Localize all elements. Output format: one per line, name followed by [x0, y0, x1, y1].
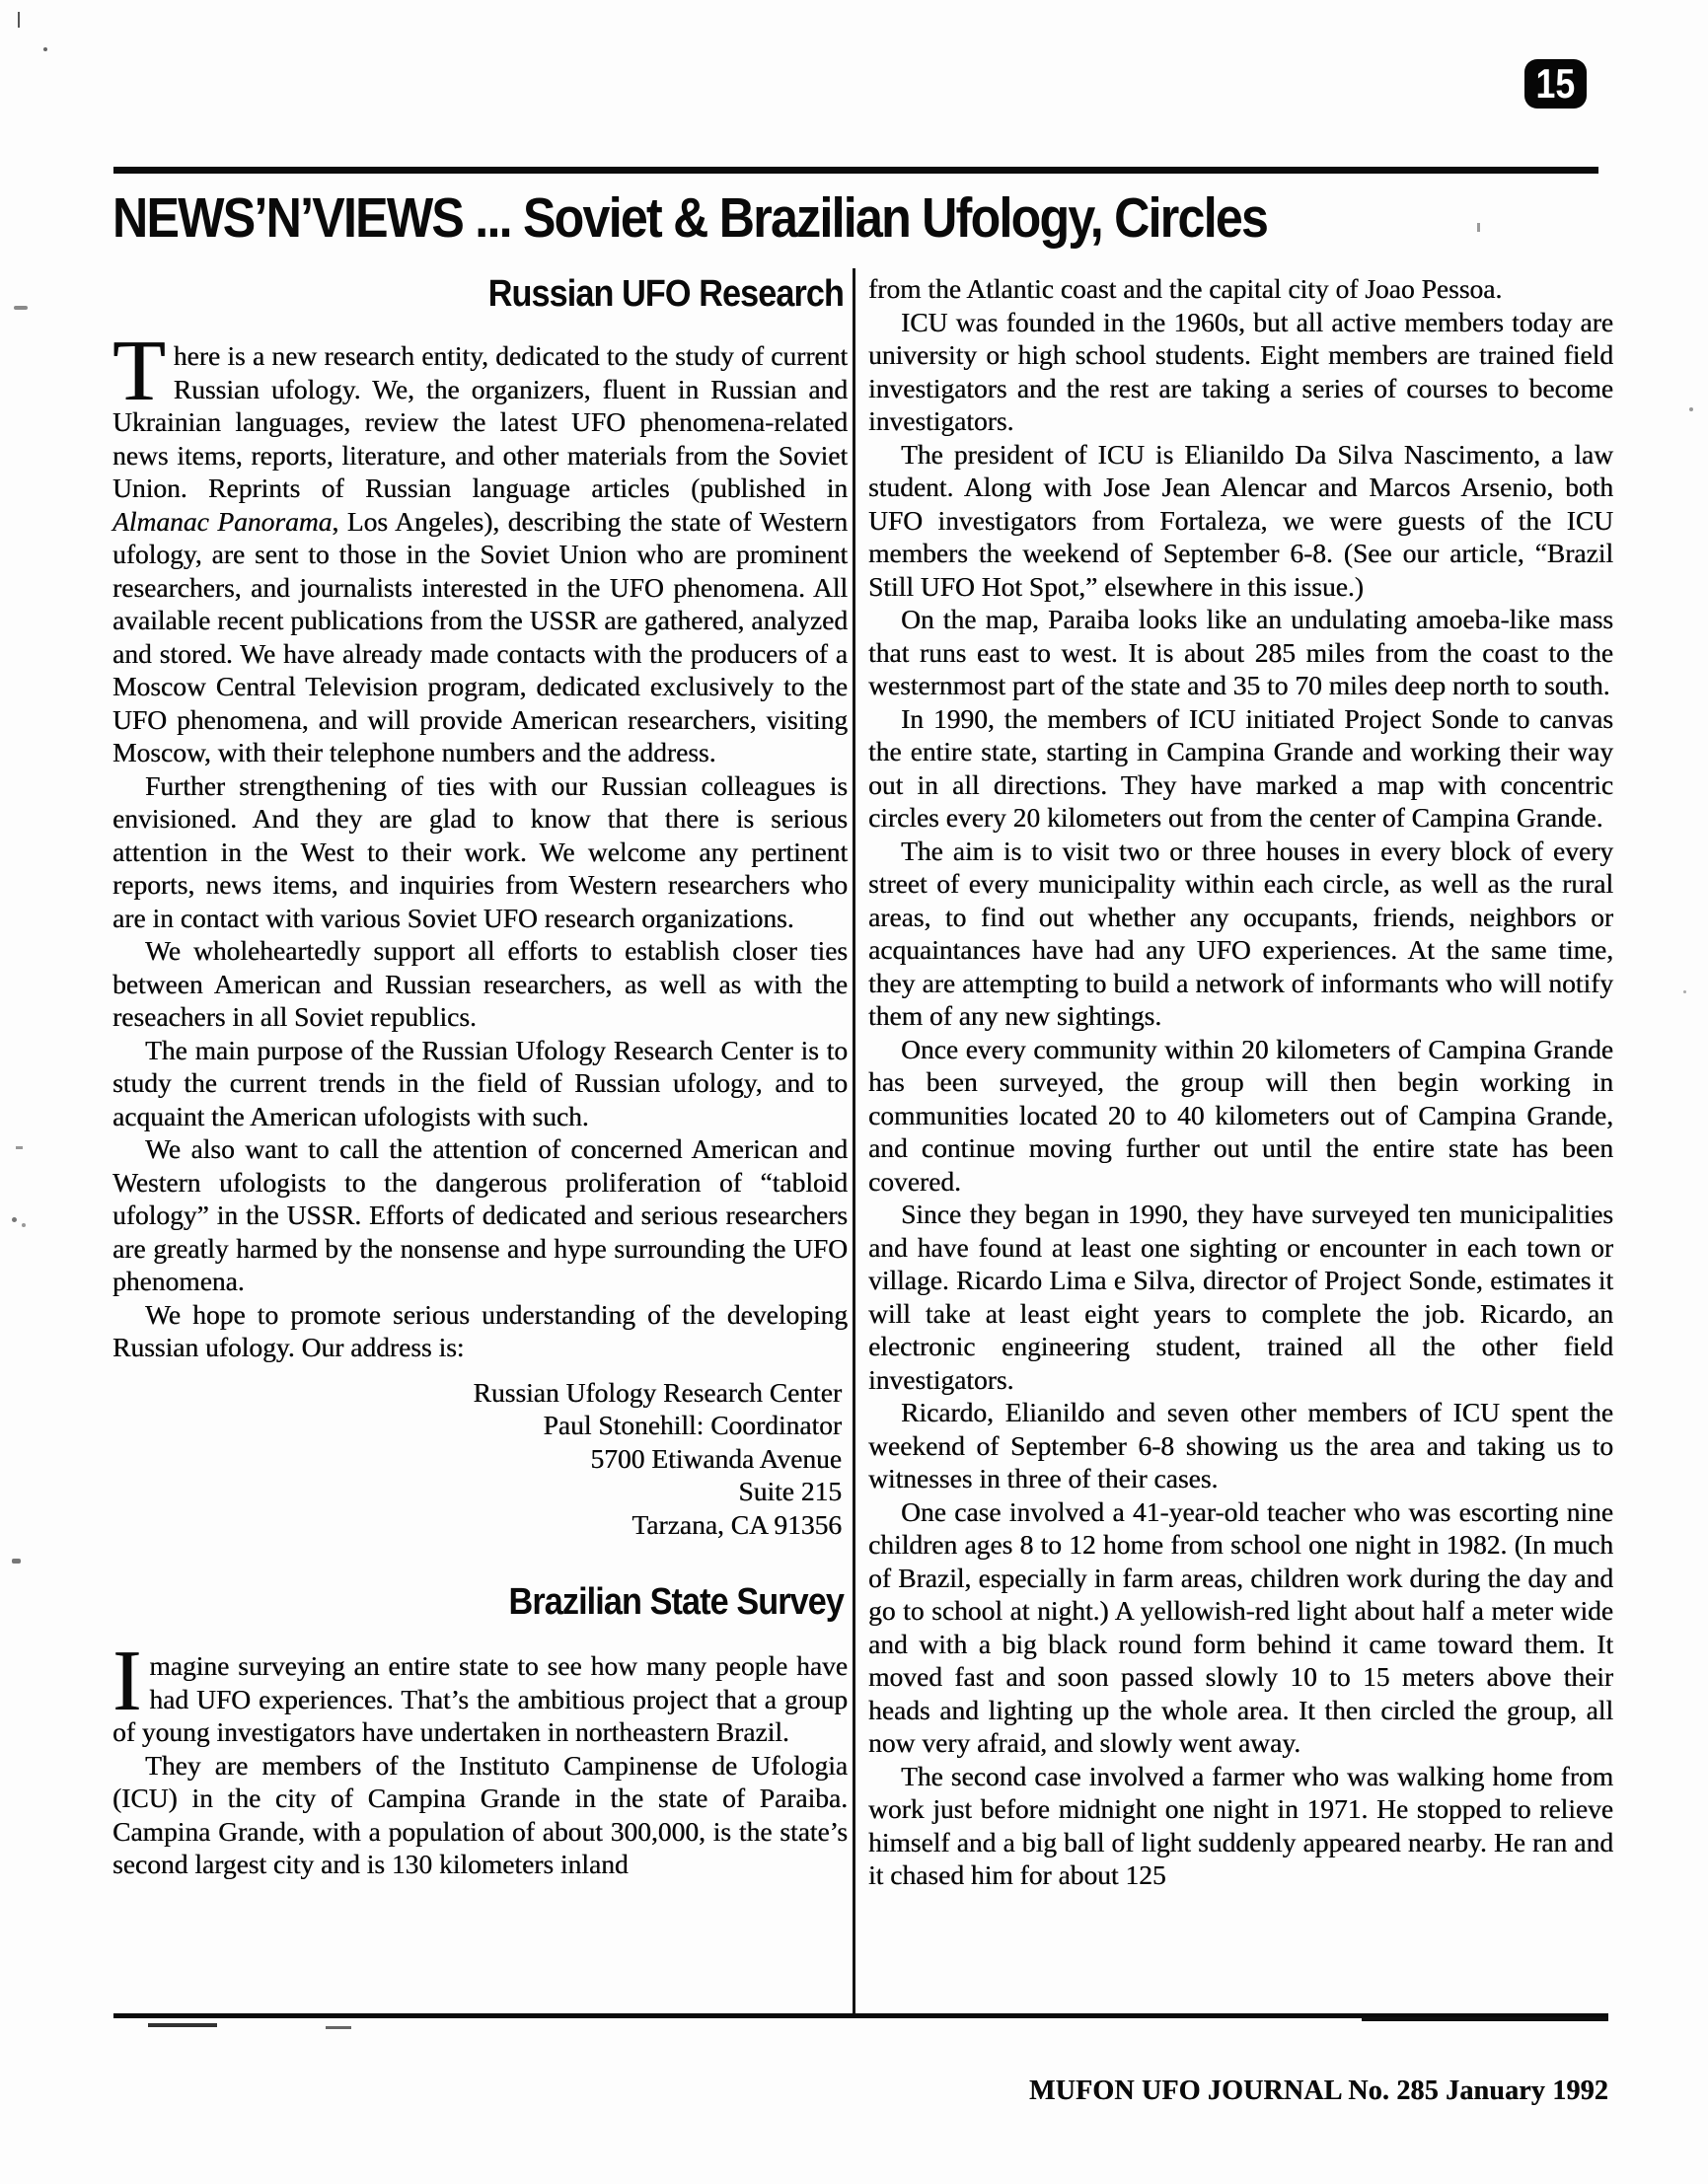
right-column: from the Atlantic coast and the capital …	[868, 266, 1613, 1892]
journal-page: 15 NEWS’N’VIEWS ... Soviet & Brazilian U…	[0, 0, 1708, 2184]
paragraph: The aim is to visit two or three houses …	[868, 835, 1613, 1033]
address-line: Suite 215	[112, 1475, 842, 1508]
paragraph: We also want to call the attention of co…	[112, 1132, 848, 1298]
paragraph: The main purpose of the Russian Ufology …	[112, 1034, 848, 1133]
scan-artifact	[14, 306, 28, 310]
paragraph-text: magine surveying an entire state to see …	[112, 1650, 848, 1747]
address-line: Tarzana, CA 91356	[112, 1508, 842, 1542]
scan-artifact	[12, 1217, 17, 1222]
left-column: Russian UFO Research There is a new rese…	[112, 266, 848, 1881]
paragraph: We wholeheartedly support all efforts to…	[112, 934, 848, 1034]
paragraph: The president of ICU is Elianildo Da Sil…	[868, 438, 1613, 604]
top-rule	[113, 167, 1598, 174]
paragraph-text: , Los Angeles), describing the state of …	[112, 506, 848, 768]
scan-artifact	[1683, 990, 1686, 993]
scan-artifact	[148, 2023, 217, 2027]
page-number-badge: 15	[1524, 59, 1587, 109]
address-line: Paul Stonehill: Coordinator	[112, 1409, 842, 1442]
scan-artifact	[22, 1223, 26, 1227]
paragraph: We hope to promote serious understanding…	[112, 1298, 848, 1364]
paragraph: On the map, Paraiba looks like an undula…	[868, 603, 1613, 702]
paragraph: Ricardo, Elianildo and seven other membe…	[868, 1396, 1613, 1495]
scan-artifact	[1477, 223, 1480, 232]
dropcap-I: I	[112, 1652, 141, 1711]
paragraph: Since they began in 1990, they have surv…	[868, 1198, 1613, 1396]
column-divider	[853, 268, 855, 2013]
address-block: Russian Ufology Research Center Paul Sto…	[112, 1376, 848, 1542]
address-line: 5700 Etiwanda Avenue	[112, 1442, 842, 1476]
paragraph: ICU was founded in the 1960s, but all ac…	[868, 306, 1613, 438]
paragraph: Once every community within 20 kilometer…	[868, 1033, 1613, 1199]
paragraph: They are members of the Instituto Campin…	[112, 1749, 848, 1881]
paragraph: In 1990, the members of ICU initiated Pr…	[868, 702, 1613, 835]
scan-artifact	[43, 47, 47, 51]
scan-artifact	[326, 2026, 351, 2029]
scan-artifact	[16, 1146, 23, 1149]
address-line: Russian Ufology Research Center	[112, 1376, 842, 1410]
paragraph: One case involved a 41-year-old teacher …	[868, 1495, 1613, 1760]
paragraph: Further strengthening of ties with our R…	[112, 769, 848, 935]
page-number: 15	[1536, 60, 1576, 108]
paragraph-brazil-intro: Imagine surveying an entire state to see…	[112, 1649, 848, 1749]
paragraph-russian-intro: There is a new research entity, dedicate…	[112, 339, 848, 769]
page-footer: MUFON UFO JOURNAL No. 285 January 1992	[1029, 2075, 1608, 2107]
dropcap-T: T	[112, 342, 166, 401]
bottom-rule-overlap	[1362, 2017, 1608, 2021]
section-heading-russian-ufo-research: Russian UFO Research	[186, 274, 844, 314]
scan-artifact	[12, 1559, 21, 1564]
scan-artifact	[1689, 407, 1693, 411]
section-heading-brazilian-state-survey: Brazilian State Survey	[186, 1582, 844, 1622]
publication-name-italic: Almanac Panorama	[112, 506, 332, 537]
paragraph: The second case involved a farmer who wa…	[868, 1760, 1613, 1892]
paragraph-text: here is a new research entity, dedicated…	[112, 340, 848, 503]
scan-artifact	[18, 12, 20, 28]
paragraph-continuation: from the Atlantic coast and the capital …	[868, 272, 1613, 306]
page-title: NEWS’N’VIEWS ... Soviet & Brazilian Ufol…	[112, 185, 1267, 251]
